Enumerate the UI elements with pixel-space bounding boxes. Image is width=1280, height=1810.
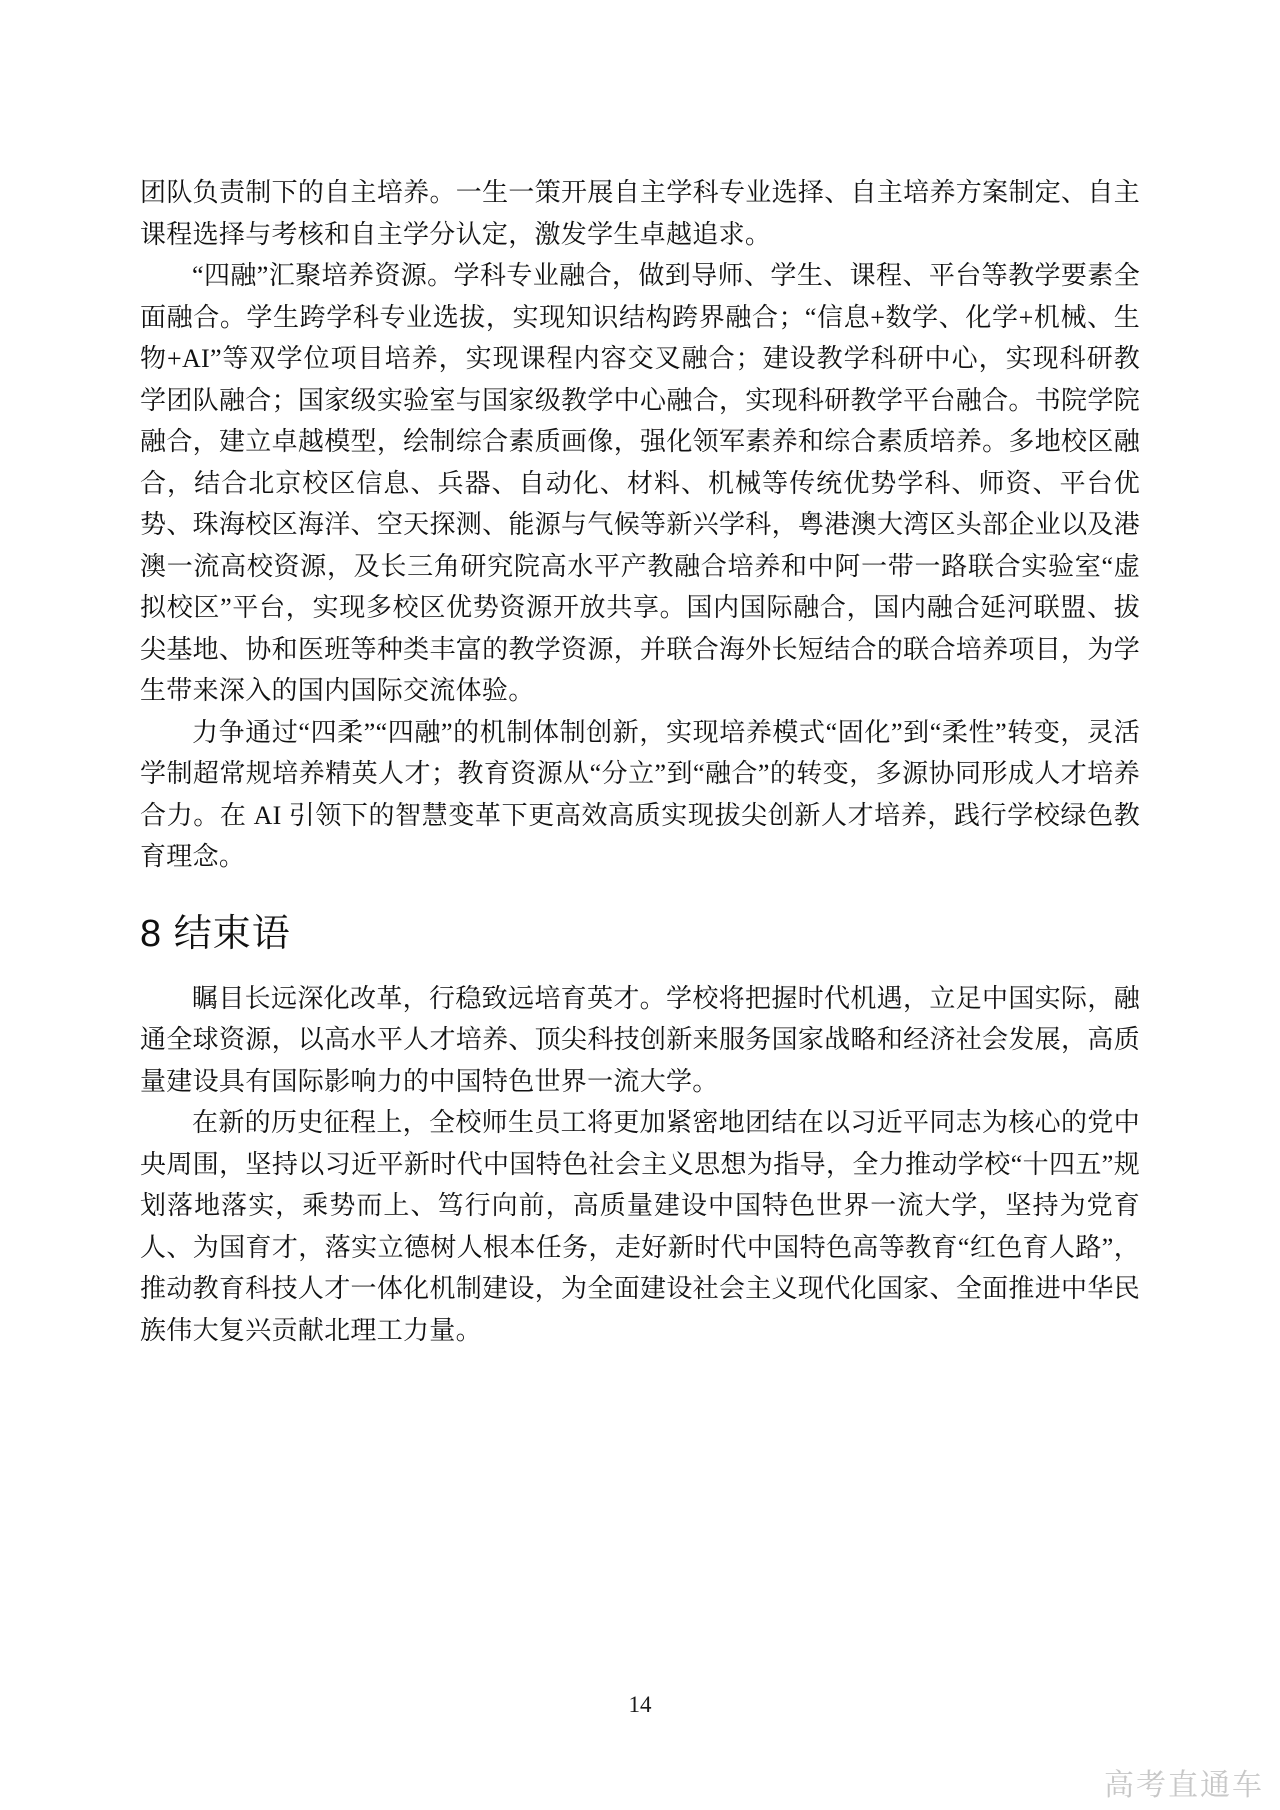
page-number: 14	[0, 1692, 1280, 1718]
paragraph-vision: 瞩目长远深化改革，行稳致远培育英才。学校将把握时代机遇，立足中国实际，融通全球资…	[140, 978, 1140, 1103]
section-heading-conclusion: 8 结束语	[140, 915, 1140, 953]
document-page: 团队负责制下的自主培养。一生一策开展自主学科专业选择、自主培养方案制定、自主课程…	[0, 0, 1280, 1810]
page-content: 团队负责制下的自主培养。一生一策开展自主学科专业选择、自主培养方案制定、自主课程…	[140, 172, 1140, 1351]
paragraph-siron-resources: “四融”汇聚培养资源。学科专业融合，做到导师、学生、课程、平台等教学要素全面融合…	[140, 255, 1140, 712]
paragraph-new-journey: 在新的历史征程上，全校师生员工将更加紧密地团结在以习近平同志为核心的党中央周围，…	[140, 1102, 1140, 1351]
paragraph-continuation: 团队负责制下的自主培养。一生一策开展自主学科专业选择、自主培养方案制定、自主课程…	[140, 172, 1140, 255]
paragraph-mechanism-innovation: 力争通过“四柔”“四融”的机制体制创新，实现培养模式“固化”到“柔性”转变，灵活…	[140, 712, 1140, 878]
watermark-text: 高考直通车	[1104, 1760, 1264, 1804]
